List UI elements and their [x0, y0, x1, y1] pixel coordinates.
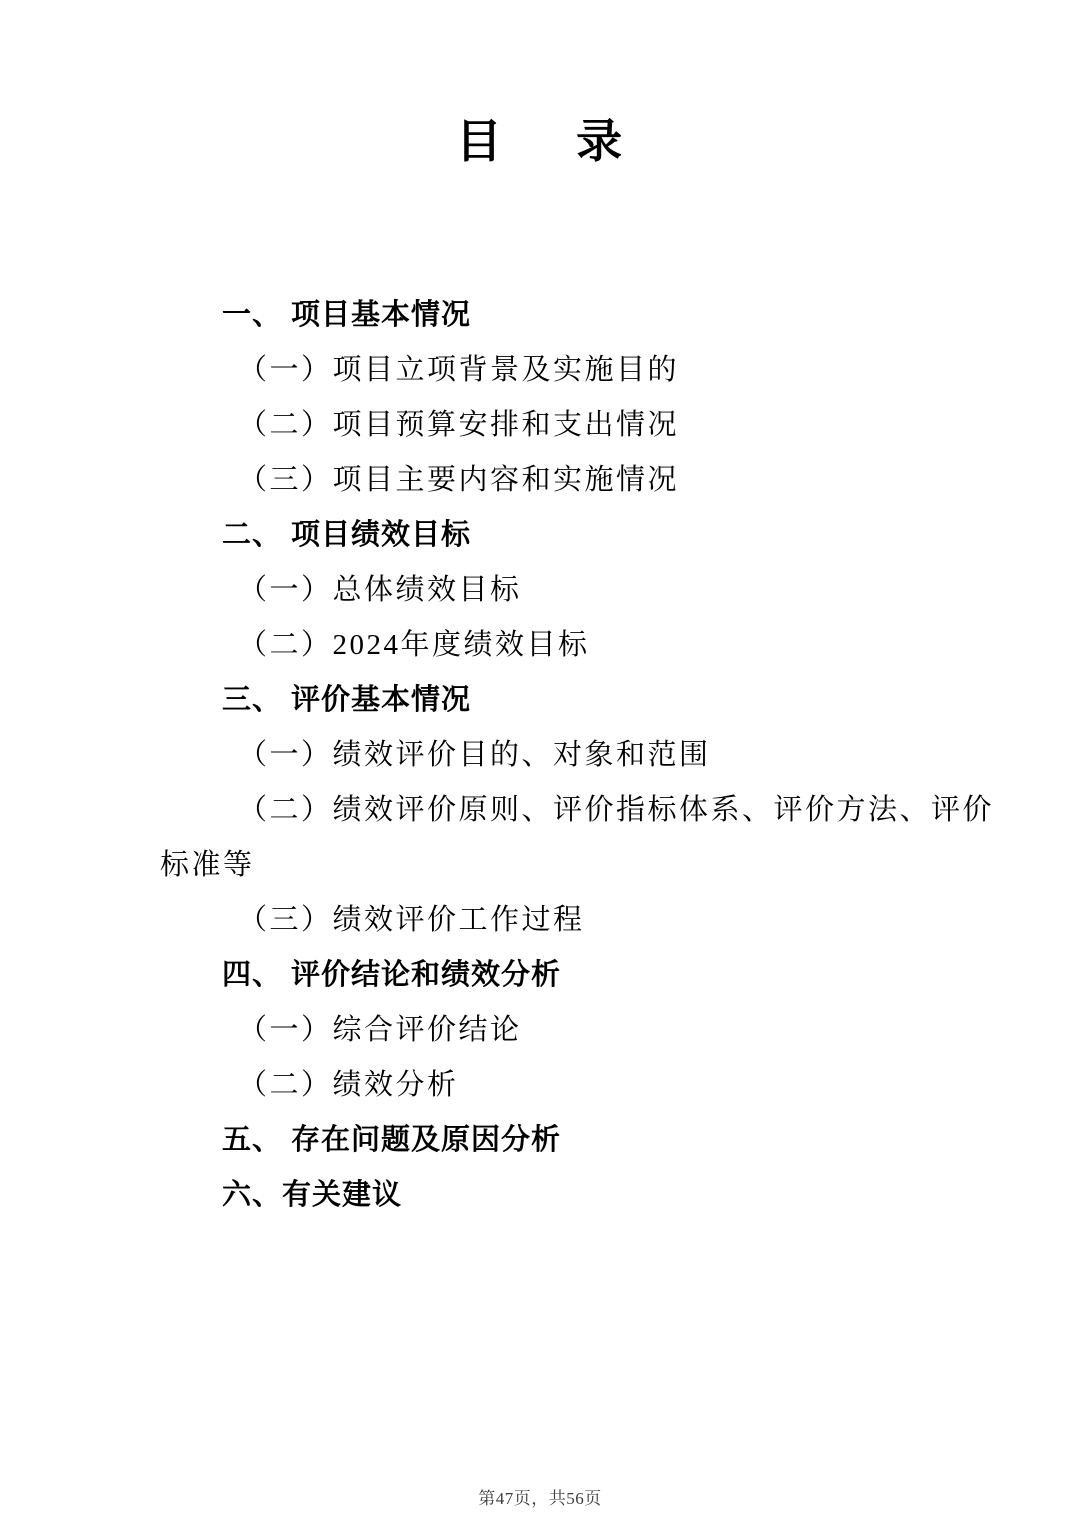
toc-item-4-2: （二）绩效分析: [160, 1058, 922, 1113]
toc-item-1-2: （二）项目预算安排和支出情况: [160, 398, 922, 453]
toc-item-section-3: 三、 评价基本情况: [160, 673, 922, 728]
toc-item-3-3: （三）绩效评价工作过程: [160, 893, 922, 948]
table-of-contents: 一、 项目基本情况 （一）项目立项背景及实施目的 （二）项目预算安排和支出情况 …: [0, 288, 1080, 1223]
toc-item-2-2: （二）2024年度绩效目标: [160, 618, 922, 673]
toc-item-3-1: （一）绩效评价目的、对象和范围: [160, 728, 922, 783]
toc-item-1-3: （三）项目主要内容和实施情况: [160, 453, 922, 508]
toc-item-3-2-line1: （二）绩效评价原则、评价指标体系、评价方法、评价: [160, 783, 922, 838]
toc-item-section-5: 五、 存在问题及原因分析: [160, 1113, 922, 1168]
toc-item-section-6: 六、有关建议: [160, 1168, 922, 1223]
toc-item-1-1: （一）项目立项背景及实施目的: [160, 343, 922, 398]
page-title: 目 录: [0, 0, 1080, 172]
toc-item-3-2-line2: 标准等: [160, 838, 922, 893]
toc-item-2-1: （一）总体绩效目标: [160, 563, 922, 618]
document-page: 目 录 一、 项目基本情况 （一）项目立项背景及实施目的 （二）项目预算安排和支…: [0, 0, 1080, 1527]
toc-item-4-1: （一）综合评价结论: [160, 1003, 922, 1058]
page-number: 第47页，共56页: [0, 1484, 1080, 1509]
toc-item-section-4: 四、 评价结论和绩效分析: [160, 948, 922, 1003]
toc-item-section-2: 二、 项目绩效目标: [160, 508, 922, 563]
toc-item-section-1: 一、 项目基本情况: [160, 288, 922, 343]
